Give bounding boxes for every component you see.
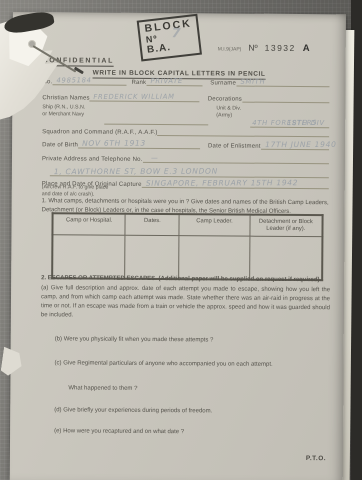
no-value: 4985184 — [56, 76, 91, 84]
col-dates: Dates. — [125, 214, 179, 236]
camps-table-header-row: Camp or Hospital. Dates. Camp Leader. De… — [52, 213, 322, 237]
row-squadron: Squadron and Command (R.A.F., A.A.F.) — [42, 125, 329, 137]
row-christian-decorations: Christian Names FREDERICK WILLIAM Decora… — [42, 91, 329, 103]
squadron-field — [158, 126, 330, 137]
ship-label: Ship (R.N., U.S.N. or Merchant Navy — [42, 104, 104, 118]
enlistment-label: Date of Enlistment — [208, 143, 261, 149]
rank-label: Rank — [131, 80, 146, 86]
col-detachment-leader: Detachment or Block Leader (if any). — [250, 215, 323, 237]
rank-value: PRIVATE — [150, 77, 183, 85]
cell-leader — [179, 236, 249, 280]
capture-sublabel: (Aircrew R.A.F. to give place and date o… — [42, 184, 109, 198]
decorations-field — [242, 93, 329, 104]
unit-label: Unit & Div. (Army) — [216, 105, 250, 118]
squadron-label: Squadron and Command (R.A.F., A.A.F.) — [42, 129, 157, 136]
row-dob-enlistment: Date of Birth NOV 6TH 1913 Date of Enlis… — [42, 138, 329, 150]
ref-number: 13932 — [265, 43, 296, 53]
ref-no-label: Nº — [248, 43, 257, 53]
enlistment-value: 17TH JUNE 1940 — [265, 140, 337, 149]
capture-field: SINGAPORE, FEBRUARY 15TH 1942 — [142, 176, 329, 189]
camps-table: Camp or Hospital. Dates. Camp Leader. De… — [51, 212, 323, 281]
surname-value: SMITH — [240, 78, 265, 86]
camps-table-empty-row — [52, 235, 322, 280]
christian-names-field: FREDERICK WILLIAM — [90, 92, 200, 103]
question-2d: (d) Give briefly your experiences during… — [54, 407, 212, 414]
row-address-label: Private Address and Telephone No. — — [42, 152, 329, 164]
question-2c-followup: What happened to them ? — [68, 385, 137, 391]
address-dash: — — [151, 154, 159, 162]
row-no-rank-surname: No. 4985184 Rank PRIVATE Surname SMITH — [42, 75, 329, 87]
unit-div-value: 18TH DIV — [288, 119, 326, 127]
question-2e: (e) How were you recaptured and on what … — [54, 428, 184, 435]
reference-number: M.I.9(JAP) Nº 13932 A — [218, 42, 310, 54]
dob-field: NOV 6TH 1913 — [78, 138, 200, 149]
pencil-block-number: 7 — [171, 27, 181, 42]
address-label: Private Address and Telephone No. — [42, 156, 143, 163]
capture-value: SINGAPORE, FEBRUARY 15TH 1942 — [146, 178, 298, 188]
ship-field — [104, 115, 208, 126]
christian-names-label: Christian Names — [42, 95, 89, 101]
surname-field: SMITH — [236, 77, 330, 88]
cell-detachment — [249, 237, 322, 281]
question-2-heading: 2. ESCAPES OR ATTEMPTED ESCAPES. (Additi… — [41, 275, 330, 283]
block-number-stamp: BLOCK Nº 7 B.A. — [137, 14, 203, 62]
cell-camp — [52, 235, 125, 279]
dob-value: NOV 6TH 1913 — [82, 139, 146, 148]
decorations-label: Decorations — [208, 96, 242, 102]
question-2c: (c) Give Regimental particulars of anyon… — [55, 360, 273, 368]
no-field: 4985184 — [52, 75, 126, 86]
col-camp-or-hospital: Camp or Hospital. — [52, 213, 125, 235]
question-2a: (a) Give full description and approx. da… — [41, 284, 330, 322]
christian-names-value: FREDERICK WILLIAM — [94, 93, 175, 101]
cell-dates — [125, 236, 179, 280]
scanned-document-photo: { "page": { "confidential": "CONFIDENTIA… — [0, 0, 362, 480]
address-field-top: — — [143, 153, 330, 164]
surname-label: Surname — [210, 80, 236, 86]
pto-label: P.T.O. — [306, 455, 326, 462]
questionnaire-form-page: CONFIDENTIAL BLOCK Nº 7 B.A. M.I.9(JAP) … — [10, 12, 346, 480]
question-2b: (b) Were you physically fit when you mad… — [55, 336, 214, 343]
col-camp-leader: Camp Leader. — [179, 214, 249, 236]
ref-suffix: A — [303, 43, 310, 54]
dob-label: Date of Birth — [42, 142, 78, 148]
org-label: M.I.9(JAP) — [218, 46, 242, 52]
enlistment-field: 17TH JUNE 1940 — [261, 140, 329, 150]
rank-field: PRIVATE — [146, 76, 202, 86]
